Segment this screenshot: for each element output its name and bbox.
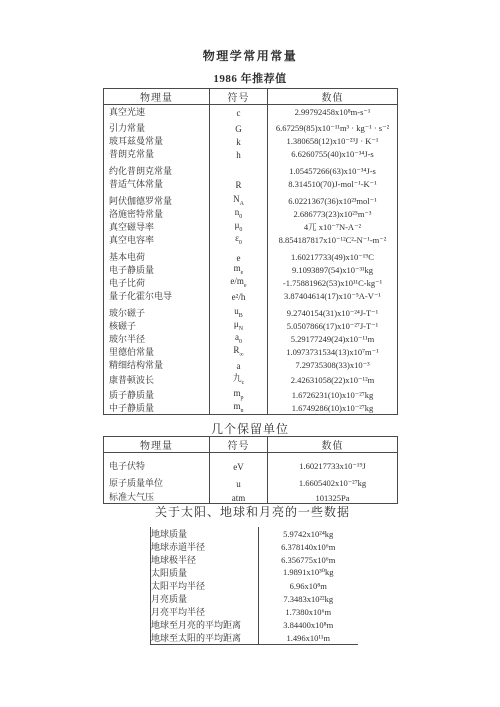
table-row: 地球质量5.9742x10²⁴kg [151,527,358,540]
table-row: 真空磁导率μ04兀 x10⁻⁷N-A⁻² [104,220,398,233]
quantity-cell: 康普顿波长 [104,371,210,386]
table-row: 阿伏伽德罗常量NA6.0221367(36)x10²³mol⁻¹ [104,190,398,207]
header-symbol: 符号 [210,437,268,453]
symbol-cell: c [210,105,268,119]
symbol-main: eV [233,462,244,472]
value-cell: 7.29735308(33)x10⁻³ [268,358,398,371]
symbol-cell: R [210,177,268,190]
symbol-cell: k [210,134,268,147]
quantity-cell: 真空光速 [104,105,210,119]
table-row: 普适气体常量R8.314510(70)J-mol⁻¹-K⁻¹ [104,177,398,190]
value-cell: 1.6749286(10)x10⁻²⁷kg [268,401,398,415]
table-row: 约化普朗克常量1.05457266(63)x10⁻³⁴J-s [104,160,398,177]
quantity-cell: 真空电容率 [104,233,210,246]
value-cell: 1.0973731534(13)x10⁷m⁻¹ [268,345,398,358]
symbol-cell: e/me [210,276,268,289]
table-row: 玻耳兹曼常量k1.380658(12)x10⁻²³J · K⁻¹ [104,134,398,147]
value-cell: 7.3483x10²²kg [259,592,358,605]
value-cell: 5.29177249(24)x10⁻¹¹m [268,332,398,345]
value-cell: 1.380658(12)x10⁻²³J · K⁻¹ [268,134,398,147]
value-cell: 3.87404614(17)x10⁻⁵A-V⁻¹ [268,289,398,302]
table-row: 里德伯常量R∞1.0973731534(13)x10⁷m⁻¹ [104,345,398,358]
symbol-sub: ∞ [239,352,243,358]
quantity-cell: 原子质量单位 [104,472,210,489]
value-cell: 5.9742x10²⁴kg [259,527,358,540]
table-row: 月亮质量7.3483x10²²kg [151,592,358,605]
section-title-astro: 关于太阳、地球和月亮的一些数据 [155,503,350,520]
symbol-main: e²/h [232,292,246,302]
value-cell: 6.378140x10⁶m [259,540,358,553]
quantity-cell: 太阳平均半径 [151,579,259,592]
table-row: 标准大气压atm101325Pa [104,489,398,504]
quantity-cell: 地球至太阳的平均距离 [151,631,259,645]
value-cell: 1.60217733(49)x10⁻¹⁹C [268,246,398,263]
symbol-cell [210,160,268,177]
quantity-cell: 地球至月亮的平均距离 [151,618,259,631]
table-row: 洛施密特常量n02.686773(23)x10²⁵m⁻³ [104,207,398,220]
symbol-cell: me [210,263,268,276]
quantity-cell: 玻尔半径 [104,332,210,345]
symbol-sub: e [244,283,247,289]
quantity-cell: 引力常量 [104,118,210,134]
symbol-cell: mp [210,386,268,401]
value-cell: 1.9891x10³⁰kg [259,566,358,579]
symbol-cell: e²/h [210,289,268,302]
quantity-cell: 电子伏特 [104,453,210,472]
value-cell: 3.84400x10⁸m [259,618,358,631]
value-cell: 1.05457266(63)x10⁻³⁴J-s [268,160,398,177]
quantity-cell: 约化普朗克常量 [104,160,210,177]
quantity-cell: 普朗克常量 [104,147,210,160]
quantity-cell: 玻耳兹曼常量 [104,134,210,147]
symbol-main: h [236,150,241,160]
quantity-cell: 阿伏伽德罗常量 [104,190,210,207]
value-cell: 1.6605402x10⁻²⁷kg [268,472,398,489]
value-cell: 6.356775x10⁶m [259,553,358,566]
symbol-sub: 0 [239,240,242,246]
value-cell: 1.60217733x10⁻¹⁹J [268,453,398,472]
value-cell: 9.2740154(31)x10⁻²⁴J-T⁻¹ [268,302,398,319]
table-row: 地球至月亮的平均距离3.84400x10⁸m [151,618,358,631]
quantity-cell: 基本电荷 [104,246,210,263]
symbol-cell: atm [210,489,268,504]
table-row: 质子静质量mp1.6726231(10)x10⁻²⁷kg [104,386,398,401]
table-row: 精细结构常量a7.29735308(33)x10⁻³ [104,358,398,371]
quantity-cell: 核磁子 [104,319,210,332]
symbol-cell: ε0 [210,233,268,246]
value-cell: 1.496x10¹¹m [259,631,358,645]
symbol-main: R [235,180,241,190]
symbol-main: u [236,479,241,489]
doc-title: 物理学常用常量 [0,47,500,64]
symbol-main: m [234,263,241,273]
constants-table-body: 真空光速c2.99792458x10⁸m-s⁻¹引力常量G6.67259(85)… [104,105,398,415]
quantity-cell: 玻尔磁子 [104,302,210,319]
value-cell: -1.75881962(53)x10¹¹C-kg⁻¹ [268,276,398,289]
symbol-cell: μN [210,319,268,332]
symbol-cell: a0 [210,332,268,345]
units-header-row: 物理量 符号 数值 [104,437,398,453]
value-cell: 9.1093897(54)x10⁻³¹kg [268,263,398,276]
quantity-cell: 量子化霍尔电导 [104,289,210,302]
symbol-cell: e [210,246,268,263]
table-row: 地球至太阳的平均距离1.496x10¹¹m [151,631,358,645]
symbol-sub: n [241,408,244,414]
table-row: 康普顿波长九c2.42631058(22)x10⁻¹²m [104,371,398,386]
table-row: 太阳质量1.9891x10³⁰kg [151,566,358,579]
symbol-main: a [237,361,241,371]
quantity-cell: 月亮平均半径 [151,605,259,618]
astro-table-body: 地球质量5.9742x10²⁴kg地球赤道半径6.378140x10⁶m地球极半… [151,527,358,645]
table-row: 电子比荷e/me-1.75881962(53)x10¹¹C-kg⁻¹ [104,276,398,289]
value-cell: 101325Pa [268,489,398,504]
table-row: 真空电容率ε08.854187817x10⁻¹²C²-N⁻¹-m⁻² [104,233,398,246]
quantity-cell: 地球质量 [151,527,259,540]
table-row: 月亮平均半径1.7380x10⁶m [151,605,358,618]
header-value: 数值 [268,89,398,105]
quantity-cell: 中子静质量 [104,401,210,415]
units-table-body: 电子伏特eV1.60217733x10⁻¹⁹J原子质量单位u1.6605402x… [104,453,398,504]
doc-subtitle: 1986 年推荐值 [0,70,500,86]
symbol-cell: a [210,358,268,371]
quantity-cell: 精细结构常量 [104,358,210,371]
table-row: 地球极半径6.356775x10⁶m [151,553,358,566]
quantity-cell: 质子静质量 [104,386,210,401]
value-cell: 1.7380x10⁶m [259,605,358,618]
symbol-cell: eV [210,453,268,472]
symbol-cell: uB [210,302,268,319]
astro-table: 地球质量5.9742x10²⁴kg地球赤道半径6.378140x10⁶m地球极半… [150,527,358,645]
quantity-cell: 电子比荷 [104,276,210,289]
value-cell: 1.6726231(10)x10⁻²⁷kg [268,386,398,401]
quantity-cell: 普适气体常量 [104,177,210,190]
symbol-main: m [233,401,240,411]
constants-table: 物理量 符号 数值 真空光速c2.99792458x10⁸m-s⁻¹引力常量G6… [103,88,398,415]
symbol-main: atm [232,493,246,503]
header-quantity: 物理量 [104,437,210,453]
table-row: 普朗克常量h6.6260755(40)x10⁻³⁴J-s [104,147,398,160]
value-cell: 6.0221367(36)x10²³mol⁻¹ [268,190,398,207]
quantity-cell: 月亮质量 [151,592,259,605]
table-row: 基本电荷e1.60217733(49)x10⁻¹⁹C [104,246,398,263]
units-table: 物理量 符号 数值 电子伏特eV1.60217733x10⁻¹⁹J原子质量单位u… [103,436,398,504]
symbol-cell: 九c [210,371,268,386]
value-cell: 2.42631058(22)x10⁻¹²m [268,371,398,386]
section-title-units: 几个保留单位 [103,420,397,437]
quantity-cell: 太阳质量 [151,566,259,579]
symbol-cell: h [210,147,268,160]
value-cell: 8.854187817x10⁻¹²C²-N⁻¹-m⁻² [268,233,398,246]
value-cell: 5.0507866(17)x10⁻²⁷J-T⁻¹ [268,319,398,332]
symbol-cell: n0 [210,207,268,220]
table-row: 核磁子μN5.0507866(17)x10⁻²⁷J-T⁻¹ [104,319,398,332]
quantity-cell: 洛施密特常量 [104,207,210,220]
symbol-cell: u [210,472,268,489]
symbol-main: m [233,388,240,398]
symbol-sub: c [242,380,245,386]
quantity-cell: 地球极半径 [151,553,259,566]
table-row: 玻尔磁子uB9.2740154(31)x10⁻²⁴J-T⁻¹ [104,302,398,319]
table-row: 真空光速c2.99792458x10⁸m-s⁻¹ [104,105,398,119]
quantity-cell: 地球赤道半径 [151,540,259,553]
symbol-cell: mn [210,401,268,415]
quantity-cell: 里德伯常量 [104,345,210,358]
quantity-cell: 真空磁导率 [104,220,210,233]
table-row: 太阳平均半径6.96x10⁸m [151,579,358,592]
symbol-cell: R∞ [210,345,268,358]
constants-header-row: 物理量 符号 数值 [104,89,398,105]
header-value: 数值 [268,437,398,453]
table-row: 电子静质量me9.1093897(54)x10⁻³¹kg [104,263,398,276]
value-cell: 8.314510(70)J-mol⁻¹-K⁻¹ [268,177,398,190]
table-row: 地球赤道半径6.378140x10⁶m [151,540,358,553]
table-row: 中子静质量mn1.6749286(10)x10⁻²⁷kg [104,401,398,415]
document-page: 物理学常用常量 1986 年推荐值 物理量 符号 数值 真空光速c2.99792… [0,0,500,707]
table-row: 电子伏特eV1.60217733x10⁻¹⁹J [104,453,398,472]
symbol-main: e [237,253,241,263]
value-cell: 6.96x10⁸m [259,579,358,592]
quantity-cell: 电子静质量 [104,263,210,276]
symbol-cell: G [210,118,268,134]
header-symbol: 符号 [210,89,268,105]
value-cell: 2.99792458x10⁸m-s⁻¹ [268,105,398,119]
table-row: 玻尔半径a05.29177249(24)x10⁻¹¹m [104,332,398,345]
header-quantity: 物理量 [104,89,210,105]
quantity-cell: 标准大气压 [104,489,210,504]
symbol-main: e/m [230,276,244,286]
table-row: 原子质量单位u1.6605402x10⁻²⁷kg [104,472,398,489]
table-row: 引力常量G6.67259(85)x10⁻¹¹m³ · kg⁻¹ · s⁻² [104,118,398,134]
symbol-main: 九 [233,373,242,383]
symbol-main: G [235,124,242,134]
value-cell: 4兀 x10⁻⁷N-A⁻² [268,220,398,233]
value-cell: 6.6260755(40)x10⁻³⁴J-s [268,147,398,160]
symbol-main: k [236,137,241,147]
symbol-main: c [237,108,241,118]
symbol-cell: NA [210,190,268,207]
value-cell: 6.67259(85)x10⁻¹¹m³ · kg⁻¹ · s⁻² [268,118,398,134]
value-cell: 2.686773(23)x10²⁵m⁻³ [268,207,398,220]
table-row: 量子化霍尔电导e²/h3.87404614(17)x10⁻⁵A-V⁻¹ [104,289,398,302]
symbol-cell: μ0 [210,220,268,233]
